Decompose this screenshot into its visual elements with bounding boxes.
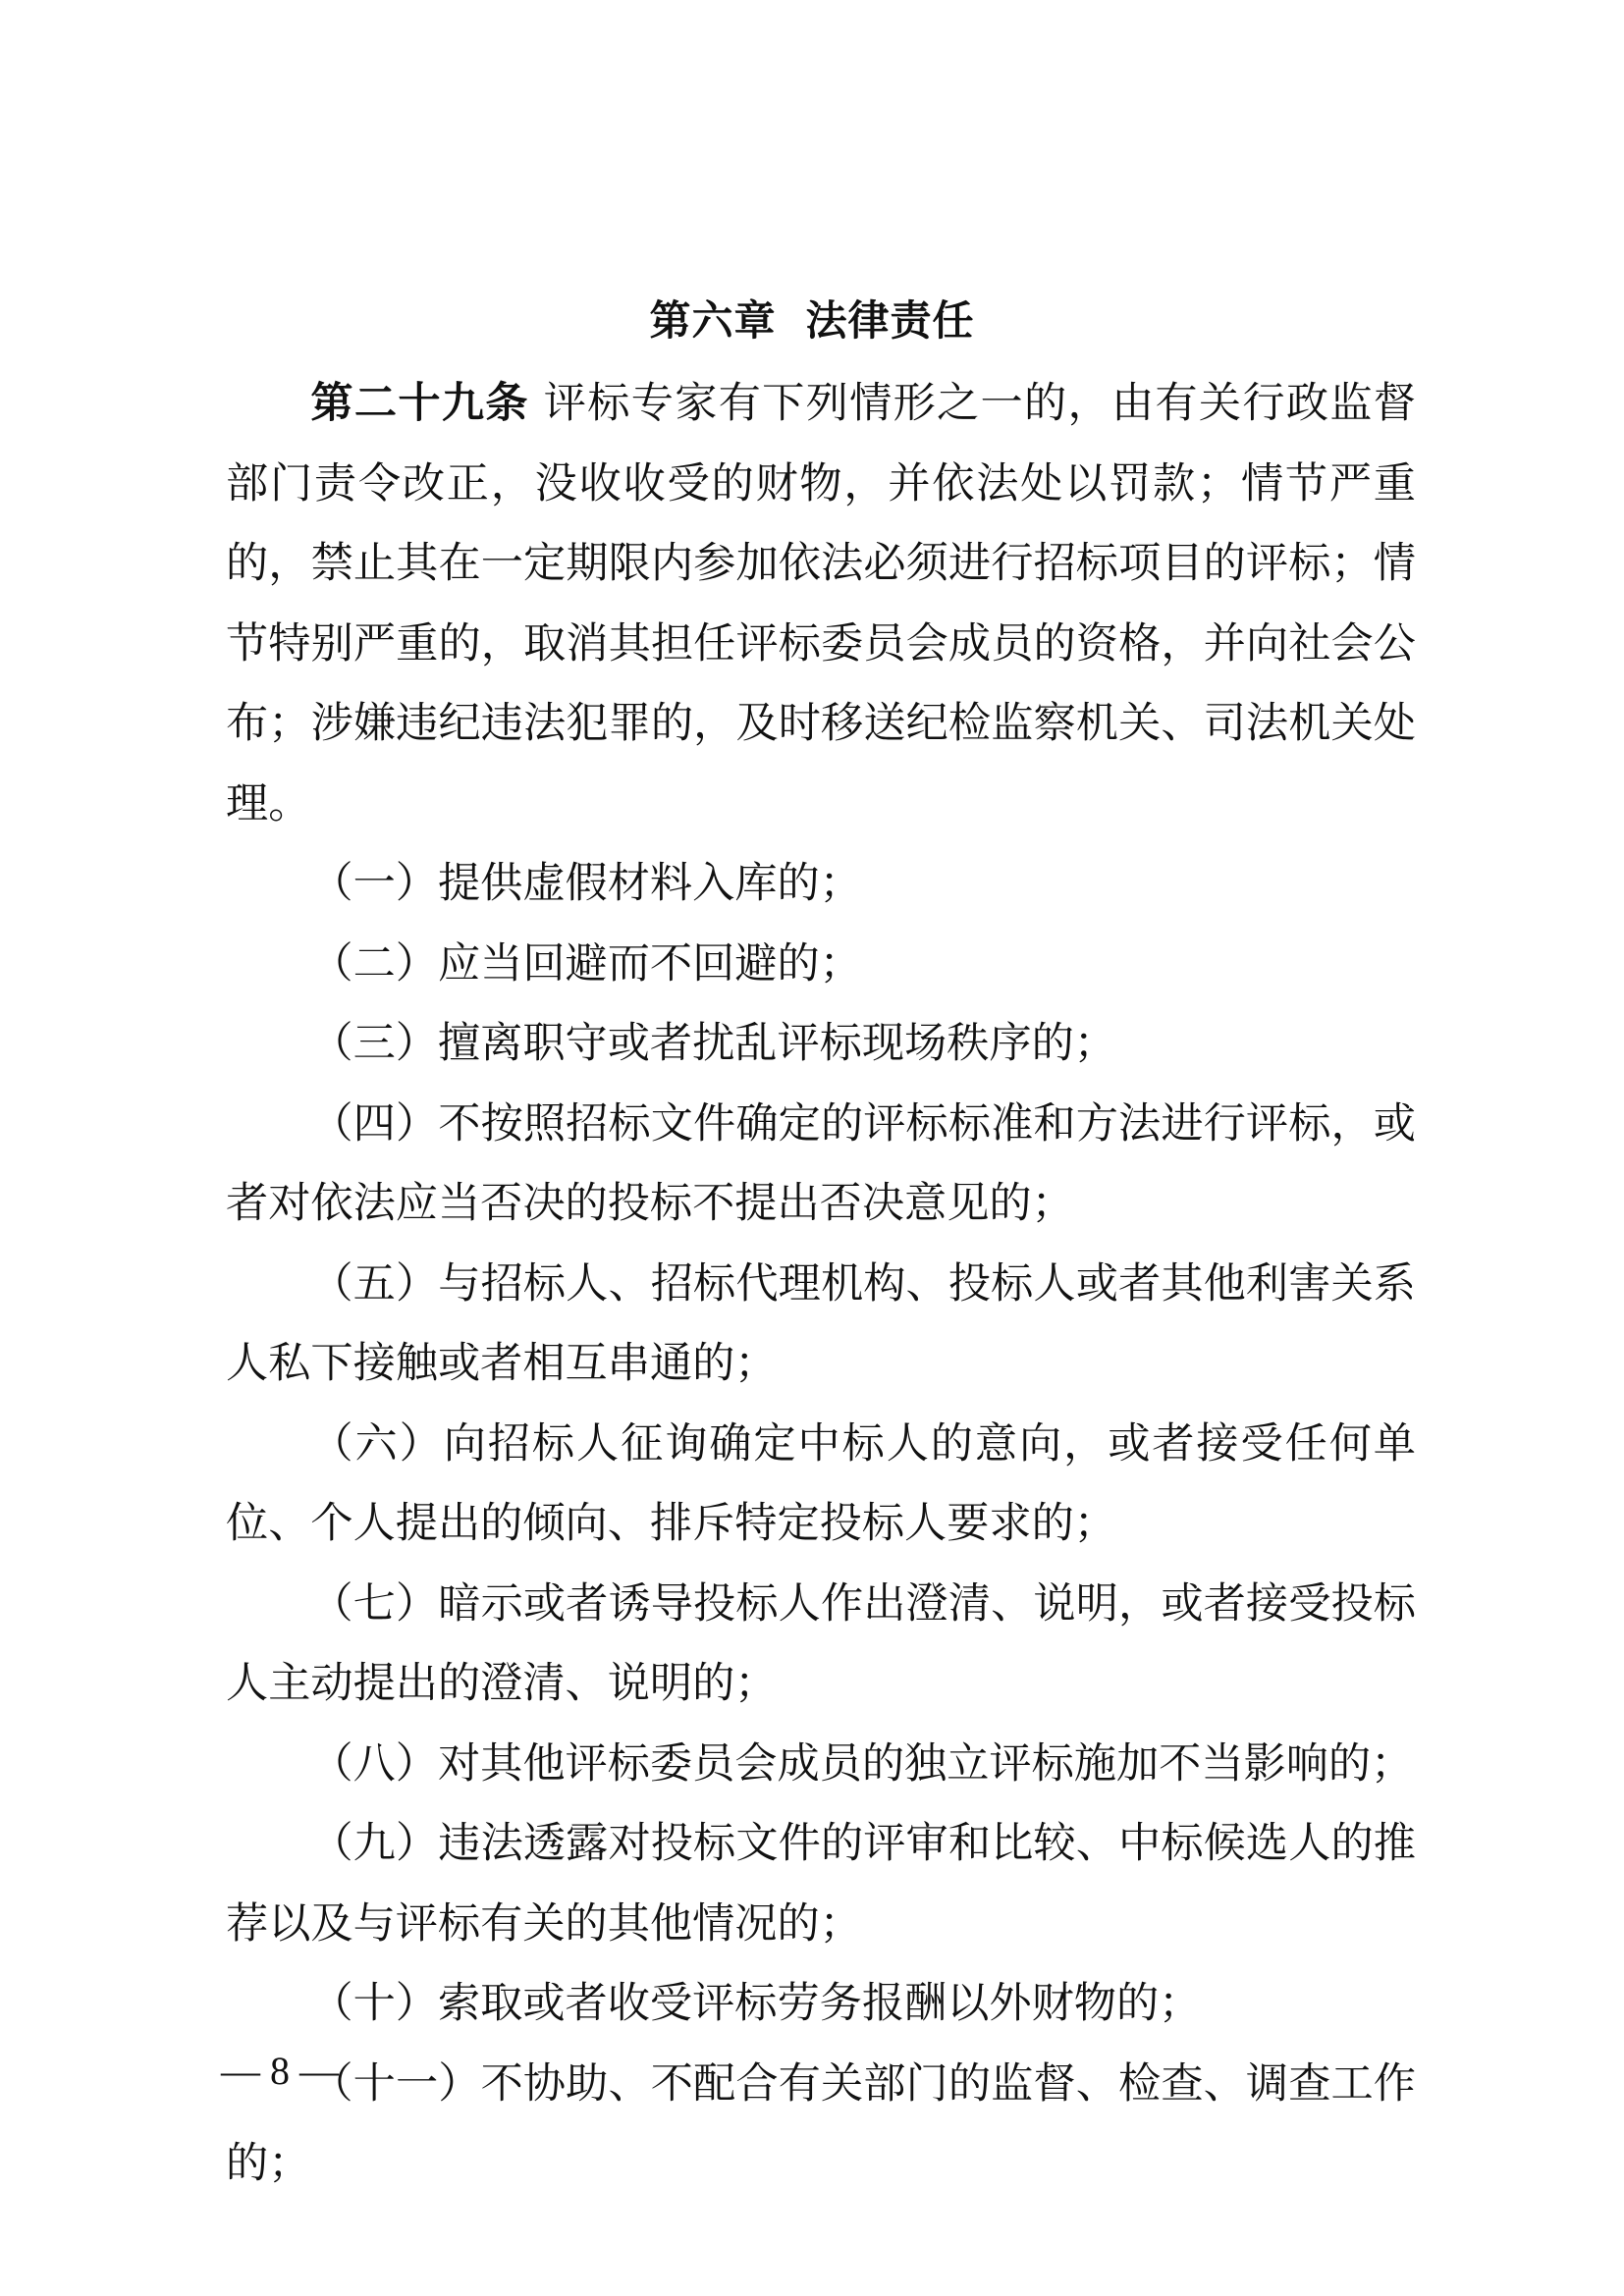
list-item-2: （二）应当回避而不回避的；: [226, 925, 1416, 1005]
list-item-3: （三）擅离职守或者扰乱评标现场秩序的；: [226, 1004, 1416, 1085]
list-item-11: （十一）不协助、不配合有关部门的监督、检查、调查工作的；: [226, 2045, 1416, 2205]
list-item-5: （五）与招标人、招标代理机构、投标人或者其他利害关系人私下接触或者相互串通的；: [226, 1245, 1416, 1405]
list-item-10: （十）索取或者收受评标劳务报酬以外财物的；: [226, 1964, 1416, 2045]
article-body: 第二十九条 评标专家有下列情形之一的，由有关行政监督部门责令改正，没收收受的财物…: [226, 364, 1416, 2205]
list-item-7: （七）暗示或者诱导投标人作出澄清、说明，或者接受投标人主动提出的澄清、说明的；: [226, 1565, 1416, 1725]
article-paragraph: 第二十九条 评标专家有下列情形之一的，由有关行政监督部门责令改正，没收收受的财物…: [226, 364, 1416, 844]
article-intro: 评标专家有下列情形之一的，由有关行政监督部门责令改正，没收收受的财物，并依法处以…: [226, 379, 1416, 828]
chapter-name: 法律责任: [806, 296, 975, 345]
list-item-6: （六）向招标人征询确定中标人的意向，或者接受任何单位、个人提出的倾向、排斥特定投…: [226, 1405, 1416, 1565]
chapter-title: 第六章法律责任: [0, 296, 1624, 346]
chapter-number: 第六章: [649, 296, 776, 345]
document-page: 第六章法律责任 第二十九条 评标专家有下列情形之一的，由有关行政监督部门责令改正…: [0, 0, 1624, 2296]
list-item-4: （四）不按照招标文件确定的评标标准和方法进行评标，或者对依法应当否决的投标不提出…: [226, 1085, 1416, 1245]
list-item-8: （八）对其他评标委员会成员的独立评标施加不当影响的；: [226, 1725, 1416, 1805]
article-number: 第二十九条: [310, 379, 528, 428]
page-number: — 8 —: [221, 2050, 339, 2093]
list-item-1: （一）提供虚假材料入库的；: [226, 844, 1416, 925]
list-item-9: （九）违法透露对投标文件的评审和比较、中标候选人的推荐以及与评标有关的其他情况的…: [226, 1804, 1416, 1964]
